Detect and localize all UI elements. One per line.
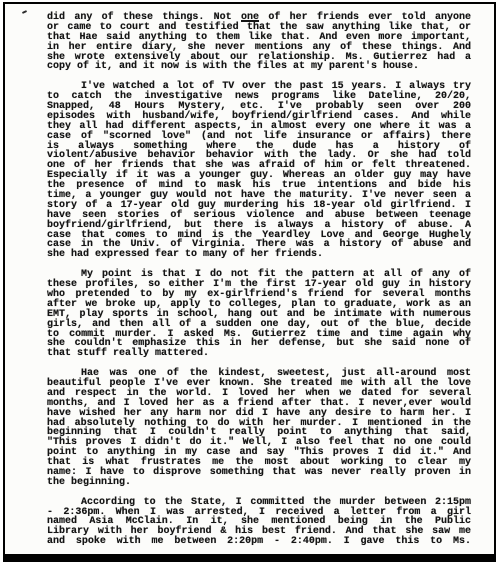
text-line: the beginning. — [47, 478, 471, 488]
text-line: and spoke with me between 2:20pm - 2:40p… — [47, 537, 471, 547]
text-line: that stuff really mattered. — [47, 349, 471, 359]
paragraph: I've watched a lot of TV over the past 1… — [47, 82, 471, 260]
paragraph: did any of these things. Not one of her … — [47, 13, 471, 72]
letter-body: did any of these things. Not one of her … — [47, 13, 471, 547]
scanned-letter-page: did any of these things. Not one of her … — [3, 2, 496, 562]
scan-artifact-mark — [22, 10, 27, 14]
paragraph: Hae was one of the kindest, sweetest, ju… — [47, 369, 471, 488]
text-line: copy of it, and it now is with the files… — [47, 62, 471, 72]
paragraph: According to the State, I committed the … — [47, 498, 471, 547]
scanned-document-view: did any of these things. Not one of her … — [0, 0, 500, 569]
paragraph: My point is that I do not fit the patter… — [47, 270, 471, 359]
text-line: she had expressed fear to many of her fr… — [47, 250, 471, 260]
